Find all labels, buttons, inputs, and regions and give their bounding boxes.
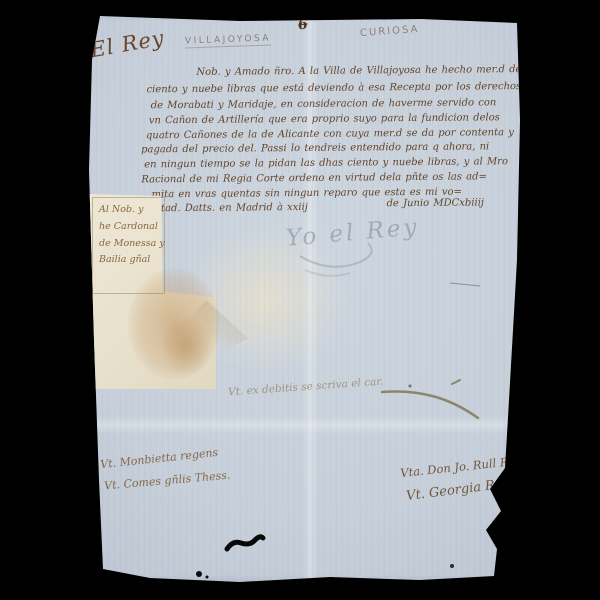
ink-dot — [196, 571, 202, 577]
body-line: Racional de mi Regia Corte ordeno en vir… — [141, 171, 487, 185]
countersignature-right: Vt. Georgia Rt. — [405, 477, 505, 504]
pencil-annotation-villajoyosa: Villajoyosa — [185, 34, 271, 49]
ink-speck — [409, 385, 412, 388]
flap-fold-shadow — [178, 300, 248, 370]
body-line: pagada del precio del. Passi lo tendreis… — [141, 141, 489, 155]
pencil-annotation-curiosa: Curiosa — [360, 24, 420, 39]
scratch-mark — [450, 283, 480, 286]
address-line: Al Nob. y — [99, 204, 164, 215]
body-line: en ningun tiempo se la pidan las dhas ci… — [144, 156, 508, 170]
seal-stain-core — [160, 315, 212, 377]
address-flap — [86, 194, 216, 389]
note-tick — [452, 380, 460, 384]
countersignature-left: Vt. Monbietta regens — [100, 446, 219, 471]
address-line: de Monessa y — [99, 238, 164, 249]
body-line: vn Cañon de Artillería que era proprio s… — [149, 112, 500, 126]
letter-heading: El Rey — [88, 26, 166, 63]
countersignature-left: Vt. Comes gñlis Thess. — [104, 469, 231, 493]
rubric-flourish — [300, 243, 372, 267]
seal-stain — [128, 268, 220, 380]
letter-body: Nob. y Amado ñro. A la Villa de Villajoy… — [0, 0, 600, 600]
note-swash — [382, 391, 478, 418]
dateline-place: ntad. Datts. en Madrid à xxiij — [155, 202, 308, 214]
paper-sheet: El Rey Villajoyosa 6 Curiosa Nob. y Amad… — [0, 0, 600, 600]
dateline-year: de Junio MDCxbiiij — [387, 197, 485, 209]
body-line: ciento y nuebe libras que está deviendo … — [147, 81, 522, 95]
countersignature-right: Vta. Don Jo. Rull Rt. — [400, 454, 518, 480]
body-line: Nob. y Amado ñro. A la Villa de Villajoy… — [196, 64, 581, 78]
address-panel: Al Nob. y he Cardonal de Monessa y Baili… — [92, 197, 165, 294]
ink-marks — [0, 0, 600, 600]
body-line: mita en vras quentas sin ningun reparo q… — [151, 187, 461, 201]
address-line: Bailia gñal — [99, 254, 164, 265]
body-line: de Morabati y Maridaje, en consideracion… — [151, 97, 497, 111]
rubric-flourish-faint — [305, 270, 350, 276]
ink-speck — [450, 564, 454, 568]
royal-signature: Yo el Rey — [285, 214, 420, 252]
archival-number-mark: 6 — [297, 16, 309, 33]
clerk-note: Vt. ex debitis se scriva el car. — [228, 376, 384, 399]
body-line: quatro Cañones de la de Alicante con cuy… — [146, 127, 514, 141]
address-line: he Cardonal — [99, 221, 164, 232]
photo-stage: El Rey Villajoyosa 6 Curiosa Nob. y Amad… — [0, 0, 600, 600]
ink-speck — [206, 576, 209, 579]
ink-blot-squiggle — [227, 537, 263, 549]
